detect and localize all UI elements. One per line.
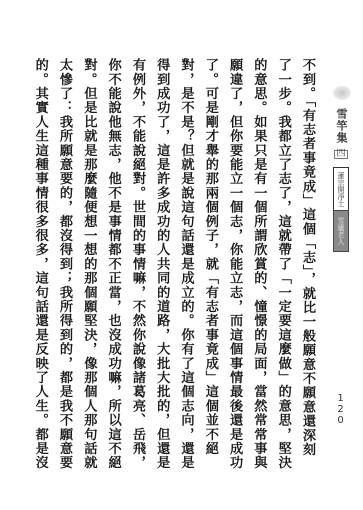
body-text: 不到。「有志者事竟成」這個「志」，就比一般願意不願意還深刻 了一步。我都立了志了… bbox=[27, 58, 319, 476]
volume-number: 四 bbox=[334, 150, 348, 159]
text-column: 的。其實人生這種事情很多很多，這句話還是反映了人生。都是沒 bbox=[27, 58, 51, 476]
text-column: 的意思。如果只是有一個所謂欣賞的、憧憬的局面，當然常常事與 bbox=[246, 58, 270, 476]
page-margin-header: 雪竿集 四 蓮宗開淨土 雪廬老人 120 bbox=[328, 0, 354, 510]
text-column: 你不能說他無志，他不是事情都不正當，也沒成功嘛，所以這不絕 bbox=[100, 58, 124, 476]
text-column: 對，是不是？但就是說這句話還是成立的。你有了這個志向，還是 bbox=[173, 58, 197, 476]
text-column: 得到成功了，這是許多成功的人共同的道路，大批大批的，但還是 bbox=[149, 58, 173, 476]
text-column: 願違了，但你要能立一個志，你能立志，而這個事情最後還是成功 bbox=[222, 58, 246, 476]
text-column: 了一步。我都立了志了，這就帶了「一定要這麼做」的意思，堅決 bbox=[270, 58, 294, 476]
section-tag-primary: 蓮宗開淨土 bbox=[333, 167, 349, 211]
text-column: 太慘了：我所願意要的，都沒得到；我所得到的，都是我不願意要 bbox=[52, 58, 76, 476]
text-column: 對。但是比就是那麼隨便想一想的那個願堅決，像那個人那句話就 bbox=[76, 58, 100, 476]
book-page: 雪竿集 四 蓮宗開淨土 雪廬老人 120 不到。「有志者事竟成」這個「志」，就比… bbox=[0, 0, 363, 510]
book-title: 雪竿集 bbox=[333, 108, 349, 144]
section-tag-secondary: 雪廬老人 bbox=[333, 210, 349, 252]
lotus-logo-icon bbox=[333, 86, 351, 100]
text-column: 有例外，不能說絕對。世間的事情嘛，不然你說像諸葛亮、岳飛， bbox=[125, 58, 149, 476]
page-number: 120 bbox=[335, 393, 346, 426]
text-column: 不到。「有志者事竟成」這個「志」，就比一般願意不願意還深刻 bbox=[295, 58, 319, 476]
text-column: 了。可是剛才舉的那兩個例子，就「有志者事竟成」這個並不絕 bbox=[198, 58, 222, 476]
